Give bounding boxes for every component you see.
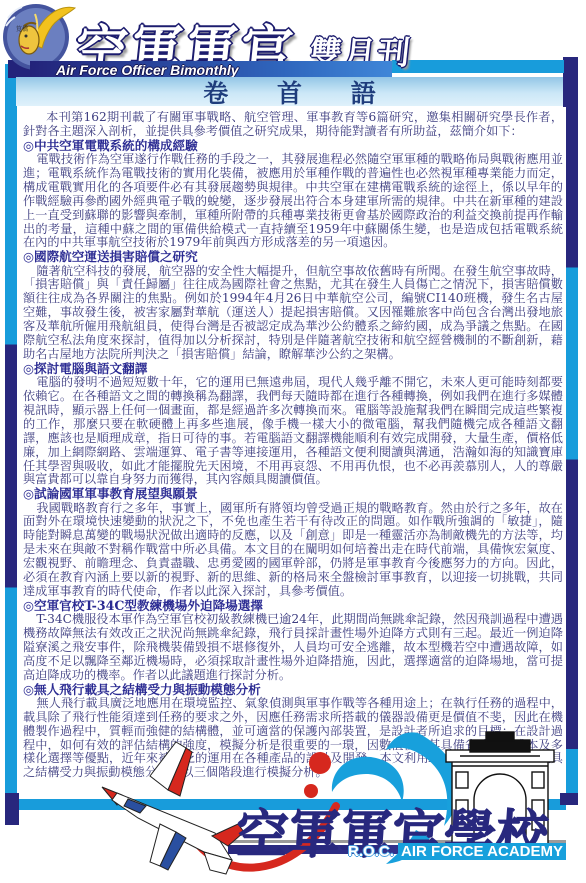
top-right-corner: [563, 57, 578, 107]
magazine-foreword-page: 筧橋 空軍軍官雙月刊 Air Force Officer Bimonthly 卷…: [0, 0, 586, 883]
section-body-4: 我國戰略教育行之多年，事實上，國軍所有將領均曾受過正規的戰略教育。然由於行之多年…: [23, 502, 563, 599]
academy-en-prefix: R.O.C.: [348, 843, 394, 860]
page-title-banner: 卷 首 語: [16, 77, 563, 106]
section-body-3: 電腦的發明不過短短數十年，它的運用已無遠弗屆，現代人幾乎離不開它，未來人更可能時…: [23, 376, 563, 487]
section-heading-2: ◎國際航空運送損害賠償之研究: [23, 250, 563, 264]
section-body-6: 無人飛行載具廣泛地應用在環境監控、氣象偵測與軍事作戰等各種用途上；在執行任務的過…: [23, 697, 563, 780]
section-heading-5: ◎空軍官校T-34C型教練機場外迫降場選擇: [23, 599, 563, 613]
right-frame-bar: [566, 107, 578, 805]
foreword-content: 本刊第162期刊載了有關軍事戰略、航空管理、軍事教育等6篇研究，邀集相關研究學長…: [23, 111, 563, 795]
svg-text:筧橋: 筧橋: [16, 25, 28, 33]
section-heading-1: ◎中共空軍電戰系統的構成經驗: [23, 139, 563, 153]
bottom-left-corner: [5, 793, 19, 825]
section-heading-4: ◎試論國軍軍事教育展望與願景: [23, 487, 563, 501]
section-heading-3: ◎探討電腦與語文翻譯: [23, 362, 563, 376]
header-bar-extension: [392, 60, 564, 73]
left-frame-bar: [5, 64, 17, 810]
section-body-5: T-34C機服役本軍作為空軍官校初級教練機已逾24年，此期間尚無跳傘記錄，然因飛…: [23, 613, 563, 683]
intro-paragraph: 本刊第162期刊載了有關軍事戰略、航空管理、軍事教育等6篇研究，邀集相關研究學長…: [23, 111, 563, 139]
section-heading-6: ◎無人飛行載具之結構受力與振動模態分析: [23, 683, 563, 697]
page-title: 卷 首 語: [183, 74, 395, 110]
academy-en-main: AIR FORCE ACADEMY: [398, 843, 566, 860]
section-body-1: 電戰技術作為空軍遂行作戰任務的手段之一，其發展進程必然隨空軍軍種的戰略佈局與戰術…: [23, 153, 563, 250]
academy-name-en: R.O.C. AIR FORCE ACADEMY: [300, 843, 566, 860]
section-body-2: 隨著航空科技的發展，航空器的安全性大幅提升，但航空事故依舊時有所聞。在發生航空事…: [23, 265, 563, 362]
